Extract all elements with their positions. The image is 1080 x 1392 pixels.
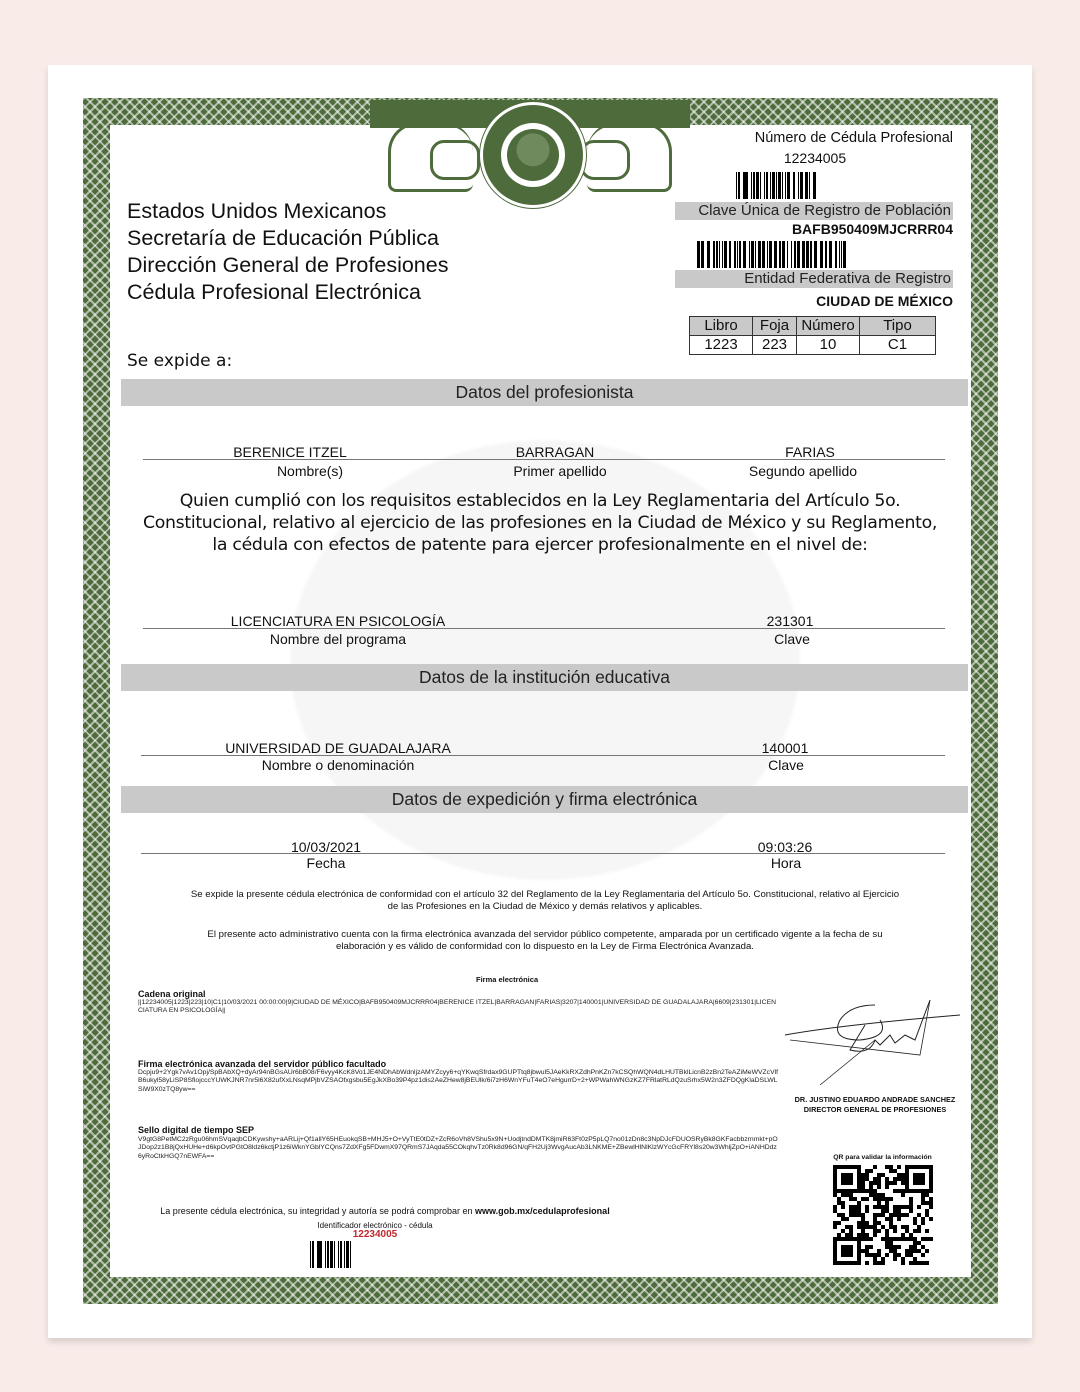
divider (143, 628, 945, 629)
entidad-label: Entidad Federativa de Registro (675, 270, 953, 288)
nombre-label: Nombre(s) (210, 463, 410, 479)
programa-clave-label: Clave (742, 631, 842, 647)
firma-title: Firma electrónica (476, 975, 538, 984)
legal-paragraph-2: El presente acto administrativo cuenta c… (130, 929, 960, 953)
sello-digital-value: V9gtG8PetMC2zRgu06hmSVqaqbCDKywshy+aARLi… (138, 1136, 778, 1161)
cedula-barcode (737, 172, 953, 199)
identifier-value: 12234005 (300, 1229, 450, 1241)
cadena-original-label: Cadena original (138, 989, 206, 999)
table-header: Libro (690, 317, 753, 336)
institucion-clave-label: Clave (736, 757, 836, 773)
primer-apellido-label: Primer apellido (460, 463, 660, 479)
fecha-label: Fecha (276, 855, 376, 871)
identifier-barcode (311, 1241, 439, 1268)
signer-name: DR. JUSTINO EDUARDO ANDRADE SANCHEZ (780, 1095, 970, 1105)
divider (141, 853, 945, 854)
legal-paragraph-1: Se expide la presente cédula electrónica… (130, 889, 960, 913)
signer-title: DIRECTOR GENERAL DE PROFESIONES (780, 1105, 970, 1115)
table-header: Foja (753, 317, 797, 336)
statement-line: la cédula con efectos de patente para ej… (110, 534, 970, 556)
verify-link[interactable]: www.gob.mx/cedulaprofesional (475, 1206, 610, 1216)
table-cell: C1 (860, 336, 936, 355)
programa-label: Nombre del programa (188, 631, 488, 647)
validation-qr-code[interactable] (833, 1165, 933, 1265)
verify-text: La presente cédula electrónica, su integ… (130, 1205, 640, 1217)
divider (143, 459, 945, 460)
table-cell: 223 (753, 336, 797, 355)
eagle-icon (507, 129, 559, 181)
cedula-number: 12234005 (760, 150, 870, 166)
mexico-seal-icon (480, 102, 586, 208)
hora-label: Hora (736, 855, 836, 871)
curp-barcode (697, 241, 953, 268)
institucion-clave-value: 140001 (735, 740, 835, 756)
nombre-value: BERENICE ITZEL (190, 444, 390, 460)
signature-image (780, 995, 965, 1090)
statement-line: Constitucional, relativo al ejercicio de… (110, 512, 970, 534)
issuer-header: Estados Unidos Mexicanos Secretaría de E… (127, 198, 448, 306)
statement-paragraph: Quien cumplió con los requisitos estable… (110, 490, 970, 556)
libro-foja-table: Libro Foja Número Tipo 1223 223 10 C1 (689, 316, 936, 355)
curp-label: Clave Única de Registro de Población (675, 202, 953, 220)
ornament-scroll-inner-left (430, 140, 480, 180)
curp-value: BAFB950409MJCRRR04 (675, 221, 953, 237)
table-cell: 1223 (690, 336, 753, 355)
header-line: Estados Unidos Mexicanos (127, 198, 448, 225)
programa-value: LICENCIATURA EN PSICOLOGÍA (188, 613, 488, 629)
header-line: Cédula Profesional Electrónica (127, 279, 448, 306)
national-emblem (370, 100, 690, 208)
primer-apellido-value: BARRAGAN (455, 444, 655, 460)
segundo-apellido-value: FARIAS (710, 444, 910, 460)
se-expide-label: Se expide a: (127, 351, 232, 371)
sello-digital-label: Sello digital de tiempo SEP (138, 1125, 254, 1135)
statement-line: Quien cumplió con los requisitos estable… (110, 490, 970, 512)
header-line: Dirección General de Profesiones (127, 252, 448, 279)
section-header-profesionista: Datos del profesionista (121, 379, 968, 406)
divider (141, 755, 945, 756)
firma-avanzada-label: Firma electrónica avanzada del servidor … (138, 1059, 386, 1069)
section-header-institucion: Datos de la institución educativa (121, 664, 968, 691)
firma-avanzada-value: Dcpju9+2Ygk7vAv1Opj/SpBAbXQ+dyAr94nBGsAU… (138, 1069, 778, 1094)
table-cell: 10 (797, 336, 860, 355)
cedula-number-label: Número de Cédula Profesional (675, 130, 953, 146)
qr-label: QR para validar la información (820, 1154, 945, 1161)
header-line: Secretaría de Educación Pública (127, 225, 448, 252)
segundo-apellido-label: Segundo apellido (703, 463, 903, 479)
cadena-original-value: ||12234005|1223|223|10|C1|10/03/2021 00:… (138, 999, 778, 1016)
institucion-label: Nombre o denominación (188, 757, 488, 773)
signer-block: DR. JUSTINO EDUARDO ANDRADE SANCHEZ DIRE… (780, 1095, 970, 1115)
table-header: Tipo (860, 317, 936, 336)
entidad-value: CIUDAD DE MÉXICO (675, 293, 953, 309)
institucion-value: UNIVERSIDAD DE GUADALAJARA (188, 740, 488, 756)
programa-clave-value: 231301 (740, 613, 840, 629)
table-header: Número (797, 317, 860, 336)
ornament-scroll-inner-right (580, 140, 630, 180)
section-header-expedicion: Datos de expedición y firma electrónica (121, 786, 968, 813)
